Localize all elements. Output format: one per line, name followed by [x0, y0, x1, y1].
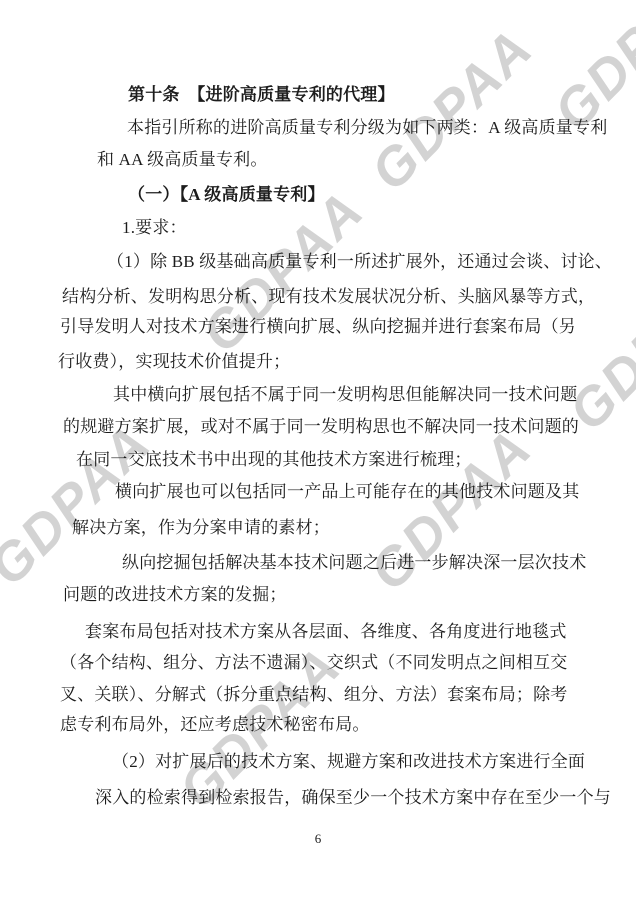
document-text-line: 行收费），实现技术价值提升； [58, 352, 290, 372]
document-text-line: 虑专利布局外，还应考虑技术秘密布局。 [60, 715, 370, 735]
document-text-line: 问题的改进技术方案的发掘； [63, 585, 287, 605]
document-text-line: 结构分析、发明构思分析、现有技术发展状况分析、头脑风暴等方式， [62, 287, 595, 307]
document-text-line: 其中横向扩展包括不属于同一发明构思但能解决同一技术问题 [113, 385, 577, 405]
document-text-line: 第十条 【进阶高质量专利的代理】 [128, 85, 395, 105]
document-text-line: （1）除 BB 级基础高质量专利一所述扩展外，还通过会谈、讨论、 [107, 252, 612, 272]
document-page: GDPAAGDPAAGDPAAGDPAAGDPAAGDPAAGDPAA 6 第十… [0, 0, 636, 900]
document-text-line: （一）【A 级高质量专利】 [128, 185, 325, 205]
document-text-layer: 6 第十条 【进阶高质量专利的代理】本指引所称的进阶高质量专利分级为如下两类：A… [0, 0, 636, 900]
document-text-line: 解决方案，作为分案申请的素材； [72, 518, 330, 538]
document-text-line: 在同一交底技术书中出现的其他技术方案进行梳理； [76, 450, 472, 470]
document-text-line: 叉、关联）、分解式（拆分重点结构、组分、方法）套案布局；除考 [60, 685, 568, 705]
document-text-line: 本指引所称的进阶高质量专利分级为如下两类：A 级高质量专利 [127, 118, 607, 138]
document-text-line: 纵向挖掘包括解决基本技术问题之后进一步解决深一层次技术 [122, 553, 586, 573]
document-text-line: （各个结构、组分、方法不遗漏）、交织式（不同发明点之间相互交 [60, 653, 568, 673]
document-text-line: 套案布局包括对技术方案从各层面、各维度、各角度进行地毯式 [85, 622, 567, 642]
document-text-line: 的规避方案扩展，或对不属于同一发明构思也不解决同一技术问题的 [63, 417, 579, 437]
document-text-line: （2）对扩展后的技术方案、规避方案和改进技术方案进行全面 [112, 752, 585, 772]
document-text-line: 和 AA 级高质量专利。 [97, 150, 268, 170]
document-text-line: 横向扩展也可以包括同一产品上可能存在的其他技术问题及其 [115, 482, 579, 502]
page-number: 6 [0, 831, 636, 847]
document-text-line: 深入的检索得到检索报告，确保至少一个技术方案中存在至少一个与 [95, 788, 611, 808]
document-text-line: 引导发明人对技术方案进行横向扩展、纵向挖掘并进行套案布局（另 [60, 317, 576, 337]
document-text-line: 1.要求： [122, 218, 187, 238]
